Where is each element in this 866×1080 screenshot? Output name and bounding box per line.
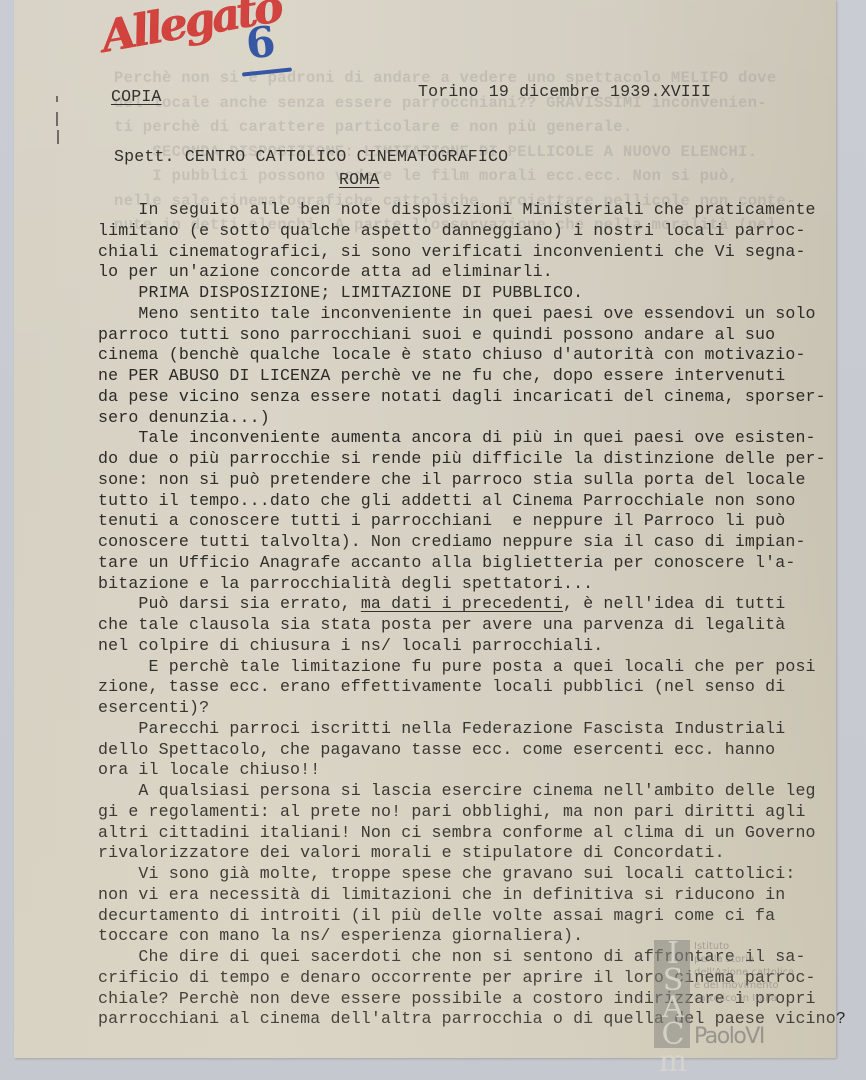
body-line: ora il locale chiuso!! — [98, 760, 320, 779]
body-line: In seguito alle ben note disposizioni Mi… — [98, 200, 816, 219]
body-line: lo per un'azione concorde atta ad elimin… — [98, 262, 553, 281]
watermark-name: PaoloVI — [694, 1024, 764, 1049]
watermark-letters: ISACm — [656, 940, 690, 1075]
margin-mark — [56, 96, 58, 102]
body-line: Meno sentito tale inconveniente in quei … — [98, 304, 816, 323]
body-line: sero denunzia...) — [98, 408, 270, 427]
place-date: Torino 19 dicembre 1939.XVIII — [418, 82, 711, 101]
copy-label: COPIA — [111, 87, 162, 106]
body-line: Vi sono già molte, troppe spese che grav… — [98, 864, 795, 883]
body-line: Può darsi sia errato, ma dati i preceden… — [98, 594, 785, 613]
margin-mark — [56, 112, 58, 126]
body-line: Parecchi parroci iscritti nella Federazi… — [98, 719, 785, 738]
body-line: tenuti a conoscere tutti i parrocchiani … — [98, 511, 785, 530]
body-line: altri cittadini italiani! Non ci sembra … — [98, 823, 816, 842]
margin-mark — [57, 130, 59, 144]
body-line: rivalorizzatore dei valori morali e stip… — [98, 843, 725, 862]
handwritten-number: 6 — [244, 17, 278, 69]
body-line: do due o più parrocchie si rende più dif… — [98, 449, 826, 468]
body-line: conoscere tutti talvolta). Non crediamo … — [98, 532, 806, 551]
body-line: da pese vicino senza essere notati dagli… — [98, 387, 826, 406]
body-line: gi e regolamenti: al prete no! pari obbl… — [98, 802, 806, 821]
body-line: dello Spettacolo, che pagavano tasse ecc… — [98, 740, 775, 759]
body-line: zione, tasse ecc. erano effettivamente l… — [98, 677, 785, 696]
body-line: limitano (e sotto qualche aspetto danneg… — [98, 221, 806, 240]
body-line: PRIMA DISPOSIZIONE; LIMITAZIONE DI PUBBL… — [98, 283, 583, 302]
body-line: Tale inconveniente aumenta ancora di più… — [98, 428, 816, 447]
body-line: ne PER ABUSO DI LICENZA perchè ve ne fu … — [98, 366, 785, 385]
body-line: sone: non si può pretendere che il parro… — [98, 470, 806, 489]
recipient-line: Spett. CENTRO CATTOLICO CINEMATOGRAFICO — [114, 147, 508, 166]
body-line: E perchè tale limitazione fu pure posta … — [98, 657, 816, 676]
watermark-text: Istitutoper la storiadell'Azione cattoli… — [694, 940, 804, 1005]
body-line: tutto il tempo...dato che gli addetti al… — [98, 491, 795, 510]
watermark-logo: ISACm Istitutoper la storiadell'Azione c… — [654, 940, 744, 1050]
recipient-city: ROMA — [339, 170, 379, 189]
body-line: esercenti)? — [98, 698, 209, 717]
body-line: che tale clausola sia stata posta per av… — [98, 615, 785, 634]
body-line: decurtamento di introiti (il più delle v… — [98, 906, 775, 925]
body-line: chiali cinematografici, si sono verifica… — [98, 242, 806, 261]
body-line: bitazione e la parrocchialità degli spet… — [98, 574, 593, 593]
body-line: parroco tutti sono parrocchiani suoi e q… — [98, 325, 775, 344]
body-line: A qualsiasi persona si lascia esercire c… — [98, 781, 816, 800]
underlined-phrase: ma dati i precedenti — [361, 594, 563, 613]
body-line: toccare con mano la ns/ esperienza giorn… — [98, 926, 583, 945]
body-line: non vi era necessità di limitazioni che … — [98, 885, 785, 904]
body-line: nel colpire di chiusura i ns/ locali par… — [98, 636, 603, 655]
document-page: Perchè non si è padroni di andare a vede… — [14, 0, 836, 1058]
body-line: tare un Ufficio Anagrafe accanto alla bi… — [98, 553, 795, 572]
body-line: cinema (benchè qualche locale è stato ch… — [98, 345, 806, 364]
